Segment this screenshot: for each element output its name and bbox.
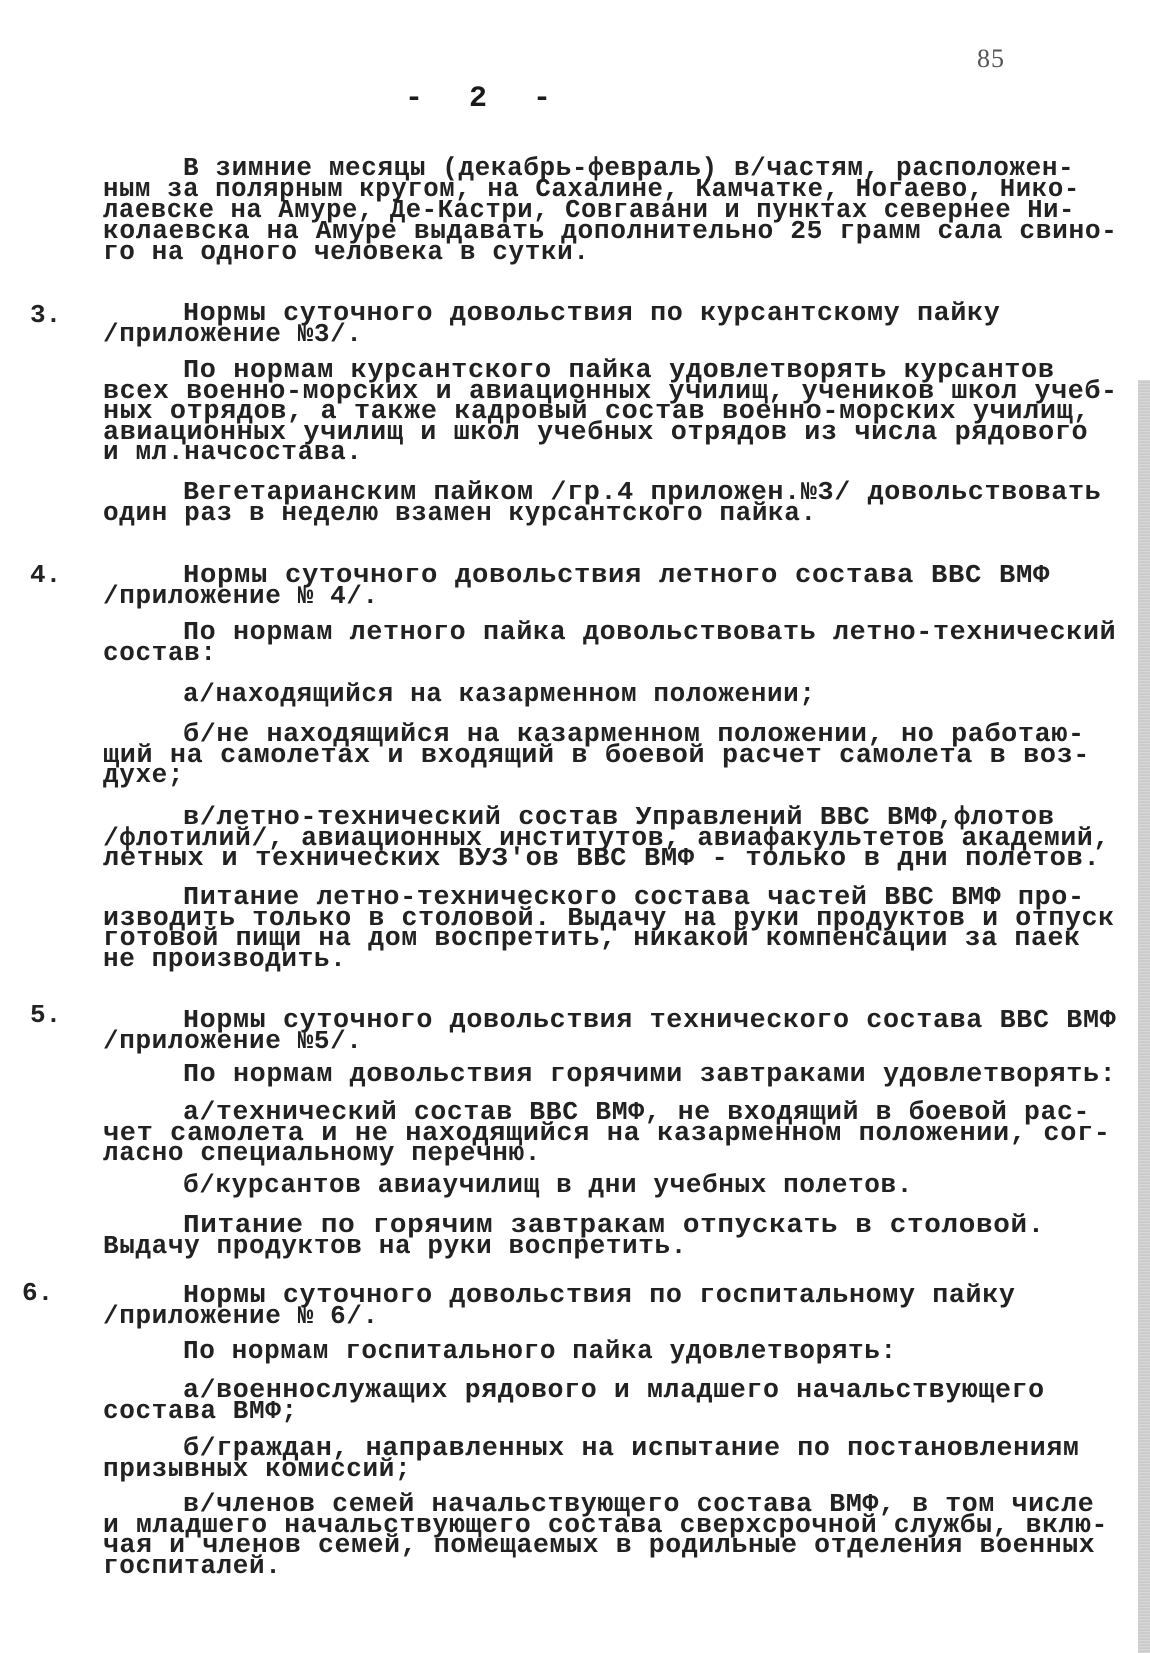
text-line: /приложение № 4/. <box>103 584 379 609</box>
text-line: щий на самолетах и входящий в боевой рас… <box>103 743 1090 768</box>
text-line: состав: <box>103 641 217 666</box>
text-line: один раз в неделю взамен курсантского па… <box>103 501 817 526</box>
text-line: летных и технических ВУЗ'ов ВВС ВМФ - то… <box>103 846 1100 871</box>
text-line: По нормам госпитального пайка удовлетвор… <box>183 1339 897 1364</box>
document-page: 85 - 2 - В зимние месяцы (декабрь-феврал… <box>0 0 1150 1653</box>
text-line: По нормам довольствия горячими завтракам… <box>183 1062 1116 1087</box>
text-line: б/курсантов авиаучилищ в дни учебных пол… <box>183 1173 913 1198</box>
text-line: духе; <box>103 763 184 788</box>
text-line: ласно специальному перечню. <box>103 1141 541 1166</box>
text-line: госпиталей. <box>103 1554 281 1579</box>
section-number: 6. <box>22 1278 53 1308</box>
text-line: не производить. <box>103 947 346 972</box>
text-line: По нормам летного пайка довольствовать л… <box>183 620 1116 645</box>
text-line: призывных комиссий; <box>103 1457 411 1482</box>
section-number: 5. <box>30 1000 61 1030</box>
section-number: 4. <box>30 560 61 590</box>
text-line: а/находящийся на казарменном положении; <box>183 682 816 707</box>
text-line: /приложение № 6/. <box>103 1304 379 1329</box>
text-line: го на одного человека в сутки. <box>103 240 590 265</box>
text-line: состава ВМФ; <box>103 1399 298 1424</box>
archive-sheet-number: 85 <box>977 44 1005 74</box>
text-line: /приложение №5/. <box>103 1029 363 1054</box>
text-line: /приложение №3/. <box>103 322 363 347</box>
page-number: - 2 - <box>405 82 565 116</box>
text-line: и мл.начсостава. <box>103 440 363 465</box>
text-line: а/военнослужащих рядового и младшего нач… <box>183 1378 1045 1403</box>
page-edge-blank <box>1138 0 1150 380</box>
section-number: 3. <box>30 300 61 330</box>
text-line: Выдачу продуктов на руки воспретить. <box>103 1234 687 1259</box>
